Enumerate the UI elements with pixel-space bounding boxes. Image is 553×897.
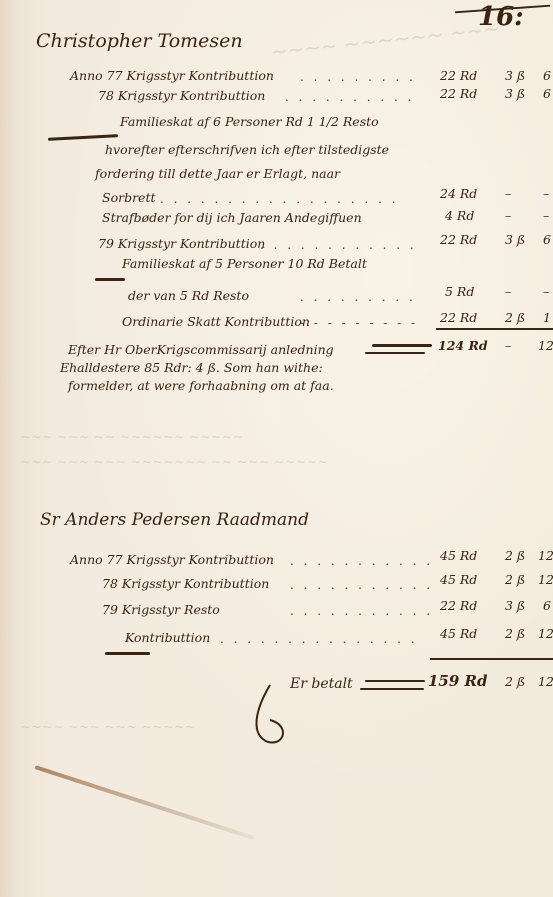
amount-rd: 22 Rd: [440, 232, 477, 247]
amount-rd: 5 Rd: [445, 284, 474, 299]
bleed-through-text: ~~~~ ~~~ ~~~ ~~~~~: [20, 720, 196, 735]
amount-rd: 45 Rd: [440, 548, 477, 563]
amount-sk: 6: [543, 68, 551, 83]
amount-rd: 24 Rd: [440, 186, 477, 201]
remark-line: Efter Hr OberKrigscommissarij anledning: [68, 342, 334, 357]
flourish: [105, 652, 150, 655]
amount-mk: 2 ß: [505, 572, 525, 587]
note-line: hvorefter efterschrifven ich efter tilst…: [105, 142, 389, 157]
leader-dots: . . . . . . . . . . .: [290, 554, 433, 568]
flourish: [95, 278, 125, 281]
sum-rule: [430, 658, 553, 660]
entry-text: 79 Krigsstyr Resto: [102, 602, 220, 617]
entry-text: Ordinarie Skatt Kontributtion: [122, 314, 310, 329]
total-equals-stroke: [365, 352, 425, 354]
amount-mk: 2 ß: [505, 548, 525, 563]
amount-mk: 3 ß: [505, 232, 525, 247]
amount-mk: –: [505, 284, 511, 299]
total-equals-stroke: [365, 680, 425, 682]
leader-dots: . . . . . . . . .: [300, 290, 416, 304]
section1-name: Christopher Tomesen: [36, 30, 243, 52]
section2-total-mk: 2 ß: [505, 674, 525, 689]
amount-sk: 12: [538, 626, 553, 641]
entry-text: Anno 77 Krigsstyr Kontributtion: [70, 552, 274, 567]
amount-sk: 1: [543, 310, 551, 325]
amount-sk: 12: [538, 572, 553, 587]
flourish: [48, 134, 118, 141]
entry-text: 78 Krigsstyr Kontributtion: [102, 576, 269, 591]
note-line: Familieskat af 6 Personer Rd 1 1/2 Resto: [120, 114, 379, 129]
sum-rule: [436, 328, 553, 330]
section1-total-mk: –: [505, 338, 511, 353]
amount-rd: 22 Rd: [440, 68, 477, 83]
leader-dots: . . . . . . . . . . .: [290, 604, 433, 618]
bleed-through-text: ~~~ ~~~ ~~ ~~~~~~ ~~~~~: [20, 430, 244, 445]
amount-rd: 22 Rd: [440, 86, 477, 101]
amount-mk: 3 ß: [505, 68, 525, 83]
amount-mk: 2 ß: [505, 310, 525, 325]
entry-text: 78 Krigsstyr Kontributtion: [98, 88, 265, 103]
amount-rd: 22 Rd: [440, 310, 477, 325]
amount-rd: 4 Rd: [445, 208, 474, 223]
amount-sk: 12: [538, 548, 553, 563]
amount-mk: –: [505, 186, 511, 201]
ledger-page: ~~~~ ~~~~~~ ~~~ ~~~ ~~~ ~~ ~~~~~~ ~~~~~ …: [0, 0, 553, 897]
entry-text: Strafbøder for dij ich Jaaren Andegiffue…: [102, 210, 362, 225]
amount-mk: –: [505, 208, 511, 223]
amount-mk: 2 ß: [505, 626, 525, 641]
note-line: Familieskat af 5 Personer 10 Rd Betalt: [122, 256, 367, 271]
remark-line: Ehalldestere 85 Rdr: 4 ß. Som han withe:: [60, 360, 323, 375]
note-line: fordering till dette Jaar er Erlagt, naa…: [95, 166, 340, 181]
amount-mk: 3 ß: [505, 86, 525, 101]
section1-total-rd: 124 Rd: [438, 338, 488, 353]
section2-name: Sr Anders Pedersen Raadmand: [40, 510, 309, 530]
bleed-through-text: ~~~ ~~~ ~~~ ~~~~~~~ ~~ ~~~ ~~~~~: [20, 455, 328, 470]
amount-sk: 6: [543, 86, 551, 101]
entry-text: der van 5 Rd Resto: [128, 288, 249, 303]
leader-dots: . . . . . . . . . . . . . . . . . .: [160, 192, 399, 206]
bleed-through-text: ~~~~ ~~~~~~ ~~~: [269, 16, 501, 64]
leader-dots: . . . . . . . . . . . .: [260, 238, 417, 252]
amount-rd: 45 Rd: [440, 572, 477, 587]
entry-text: Anno 77 Krigsstyr Kontributtion: [70, 68, 274, 83]
note-line: Sorbrett: [102, 190, 156, 205]
section2-total-sk: 12: [538, 674, 553, 689]
ink-smudge: [34, 765, 254, 840]
leader-dots: - - - - - - - - -: [300, 316, 418, 330]
amount-sk: 6: [543, 232, 551, 247]
leader-dots: . . . . . . . . . . . . . . .: [220, 632, 418, 646]
remark-line: formelder, at were forhaabning om at faa…: [68, 378, 334, 393]
amount-sk: –: [543, 284, 549, 299]
amount-mk: 3 ß: [505, 598, 525, 613]
amount-sk: 6: [543, 598, 551, 613]
leader-dots: . . . . . . . . . . .: [290, 578, 433, 592]
section1-total-sk: 12: [538, 338, 553, 353]
amount-sk: –: [543, 186, 549, 201]
amount-rd: 22 Rd: [440, 598, 477, 613]
leader-dots: . . . . . . . . .: [300, 70, 416, 84]
entry-text: 79 Krigsstyr Kontributtion: [98, 236, 265, 251]
entry-text: Kontributtion: [125, 630, 210, 645]
total-equals-stroke: [360, 688, 424, 690]
section2-total-rd: 159 Rd: [428, 672, 488, 690]
leader-dots: . . . . . . . . . .: [285, 90, 414, 104]
flourish: [240, 680, 300, 750]
amount-rd: 45 Rd: [440, 626, 477, 641]
amount-sk: –: [543, 208, 549, 223]
total-equals-stroke: [372, 344, 432, 347]
